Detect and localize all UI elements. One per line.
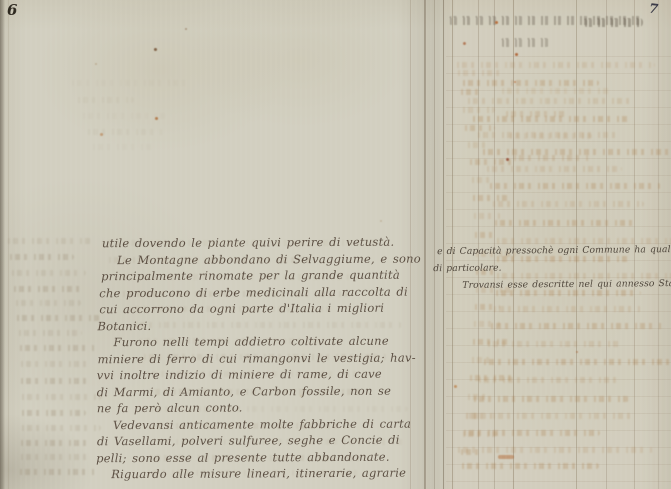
right-page-text: e di Capacità pressochè ogni Commune ha … — [0, 0, 671, 489]
foxing-spot — [515, 53, 518, 56]
manuscript-line: Trovansi esse descritte nel qui annesso … — [462, 278, 671, 291]
foxing-spot — [300, 395, 302, 397]
foxing-spot — [514, 81, 516, 83]
ink-smudge — [498, 455, 514, 459]
foxing-spot — [463, 42, 466, 45]
foxing-spot — [576, 351, 578, 353]
foxing-spot — [100, 133, 103, 136]
book-edge-shadow — [0, 0, 5, 489]
foxing-spot — [95, 63, 97, 65]
foxing-spot — [155, 117, 158, 120]
foxing-spot — [154, 48, 157, 51]
foxing-spot — [185, 28, 187, 30]
manuscript-line: e di Capacità pressochè ogni Commune ha … — [437, 244, 671, 257]
manuscript-line: di particolare. — [433, 263, 502, 275]
foxing-spot — [380, 220, 382, 222]
manuscript-scan: 6 7 utile dovendo le piante quivi perire… — [0, 0, 671, 489]
foxing-spot — [495, 21, 498, 24]
foxing-spot — [454, 385, 457, 388]
foxing-spot — [506, 158, 509, 161]
